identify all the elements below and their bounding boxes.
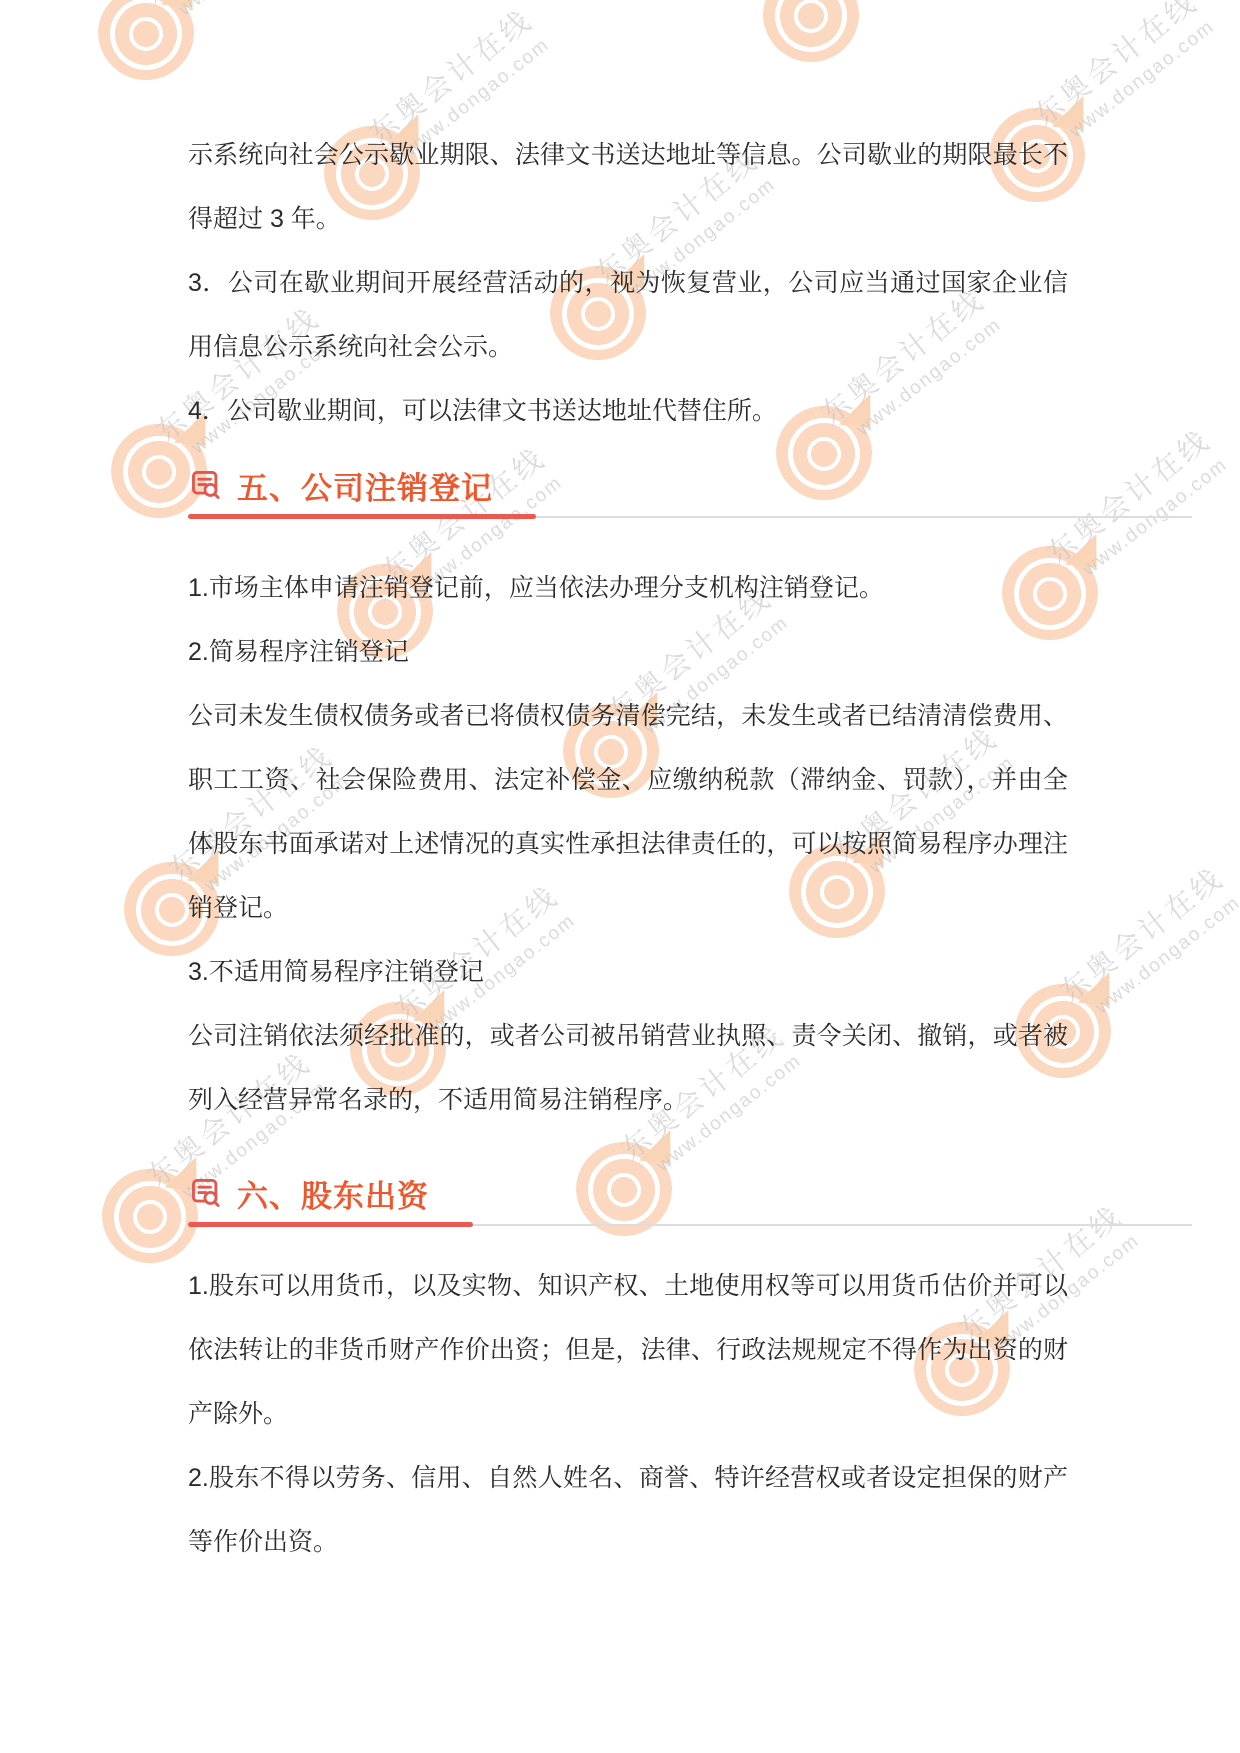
text-line: 列入经营异常名录的，不适用简易注销程序。 — [188, 1068, 1068, 1132]
text-line: 4．公司歇业期间，可以法律文书送达地址代替住所。 — [188, 379, 1068, 443]
text-line: 用信息公示系统向社会公示。 — [188, 315, 1068, 379]
section-heading-row: 六、股东出资 — [188, 1170, 1192, 1216]
text-line: 3．公司在歇业期间开展经营活动的，视为恢复营业，公司应当通过国家企业信 — [188, 251, 1068, 315]
text-line: 得超过 3 年。 — [188, 187, 1068, 251]
text-line: 等作价出资。 — [188, 1510, 1068, 1574]
document-search-icon — [188, 1176, 224, 1210]
text-line: 1.股东可以用货币，以及实物、知识产权、土地使用权等可以用货币估价并可以 — [188, 1254, 1068, 1318]
text-line: 销登记。 — [188, 876, 1068, 940]
divider-accent-line — [188, 1222, 473, 1227]
text-line: 产除外。 — [188, 1382, 1068, 1446]
text-line: 2.股东不得以劳务、信用、自然人姓名、商誉、特许经营权或者设定担保的财产 — [188, 1446, 1068, 1510]
document-page: 东奥会计在线www.dongao.com东奥会计在线www.dongao.com… — [0, 0, 1240, 1753]
text-line: 示系统向社会公示歇业期限、法律文书送达地址等信息。公司歇业的期限最长不 — [188, 123, 1068, 187]
text-line: 1.市场主体申请注销登记前，应当依法办理分支机构注销登记。 — [188, 556, 1068, 620]
text-line: 公司注销依法须经批准的，或者公司被吊销营业执照、责令关闭、撤销，或者被 — [188, 1004, 1068, 1068]
paragraph: 示系统向社会公示歇业期限、法律文书送达地址等信息。公司歇业的期限最长不得超过 3… — [188, 123, 1068, 443]
section-heading-row: 五、公司注销登记 — [188, 462, 1192, 508]
text-line: 职工工资、社会保险费用、法定补偿金、应缴纳税款（滞纳金、罚款），并由全 — [188, 748, 1068, 812]
section-heading: 五、公司注销登记 — [188, 462, 1192, 519]
text-line: 2.简易程序注销登记 — [188, 620, 1068, 684]
section-heading-title: 六、股东出资 — [237, 1171, 429, 1216]
section-divider — [188, 514, 1192, 519]
document-search-icon — [188, 468, 224, 502]
text-line: 3.不适用简易程序注销登记 — [188, 940, 1068, 1004]
document-content: 示系统向社会公示歇业期限、法律文书送达地址等信息。公司歇业的期限最长不得超过 3… — [0, 0, 1198, 1574]
text-line: 体股东书面承诺对上述情况的真实性承担法律责任的，可以按照简易程序办理注 — [188, 812, 1068, 876]
paragraph: 1.股东可以用货币，以及实物、知识产权、土地使用权等可以用货币估价并可以依法转让… — [188, 1254, 1068, 1574]
section-heading: 六、股东出资 — [188, 1170, 1192, 1227]
text-line: 依法转让的非货币财产作价出资；但是，法律、行政法规规定不得作为出资的财 — [188, 1318, 1068, 1382]
section-heading-title: 五、公司注销登记 — [237, 463, 493, 508]
text-line: 公司未发生债权债务或者已将债权债务清偿完结，未发生或者已结清清偿费用、 — [188, 684, 1068, 748]
divider-accent-line — [188, 514, 536, 519]
paragraph: 1.市场主体申请注销登记前，应当依法办理分支机构注销登记。2.简易程序注销登记公… — [188, 556, 1068, 1132]
section-divider — [188, 1222, 1192, 1227]
